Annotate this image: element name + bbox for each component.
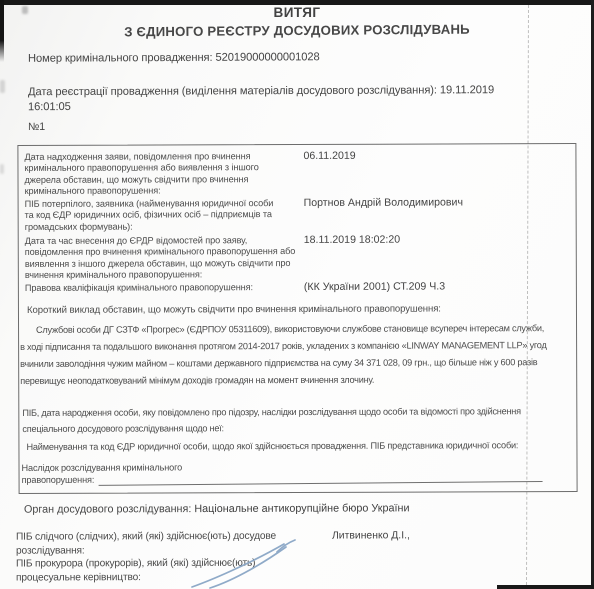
- case-number-value: 52019000000001028: [215, 51, 319, 64]
- scanned-extract-document: ВИТЯГ З ЄДИНОГО РЕЄСТРУ ДОСУДОВИХ РОЗСЛІ…: [0, 0, 594, 589]
- case-number-line: Номер кримінального провадження: 5201900…: [28, 51, 320, 65]
- row-value: Портнов Андрій Володимирович: [304, 198, 463, 210]
- scan-artifact: [0, 164, 4, 174]
- row-value: 06.11.2019: [303, 151, 355, 163]
- scan-artifact: [0, 80, 5, 93]
- prosecutor-row: ПІБ прокурора (прокурорів), який (які) з…: [16, 556, 324, 584]
- row-value: (КК України 2001) СТ.209 Ч.3: [304, 282, 445, 294]
- row-label: ПІБ потерпілого, заявника (найменування …: [25, 198, 304, 233]
- table-row-incident-date: Дата надходження заяви, повідомлення про…: [24, 150, 569, 197]
- table-row-entry-datetime: Дата та час внесення до ЄРДР відомостей …: [25, 234, 570, 281]
- document-title: ВИТЯГ: [0, 5, 594, 20]
- row-label: Правова кваліфікація кримінального право…: [25, 282, 304, 294]
- investigator-value: Литвиненко Д.І.,: [332, 529, 410, 542]
- outcome-label-line2: правопорушення:: [22, 474, 95, 487]
- case-number-label: Номер кримінального провадження:: [28, 52, 213, 65]
- row-value: 18.11.2019 18:02:20: [304, 235, 400, 247]
- summary-paragraph: Службові особи ДГ СЗТФ «Прогрес» (ЄДРПОУ…: [20, 320, 575, 390]
- authority-value: Національне антикорупційне бюро України: [194, 502, 409, 515]
- outcome-row: Наслідок розслідування кримінального пра…: [21, 460, 570, 487]
- investigator-row: ПІБ слідчого (слідчих), який (які) здійс…: [16, 529, 410, 557]
- record-number: №1: [28, 121, 45, 133]
- details-table: Дата надходження заяви, повідомлення про…: [17, 143, 577, 494]
- investigation-authority-line: Орган досудового розслідування: Націонал…: [24, 502, 410, 515]
- authority-label: Орган досудового розслідування:: [24, 503, 191, 516]
- table-row-victim: ПІБ потерпілого, заявника (найменування …: [25, 197, 570, 233]
- table-row-legal-qualification: Правова кваліфікація кримінального право…: [25, 281, 570, 294]
- scan-edge-bottom: [497, 585, 594, 589]
- summary-heading: Короткий виклад обставин, що можуть свід…: [25, 303, 570, 316]
- legal-entity-heading: Найменування та код ЄДР юридичної особи,…: [26, 440, 575, 452]
- prosecutor-label: ПІБ прокурора (прокурорів), який (які) з…: [16, 556, 324, 584]
- suspect-heading: ПІБ, дата народження особи, яку повідомл…: [22, 403, 575, 438]
- row-label: Дата та час внесення до ЄРДР відомостей …: [25, 235, 304, 281]
- document-subtitle: З ЄДИНОГО РЕЄСТРУ ДОСУДОВИХ РОЗСЛІДУВАНЬ: [0, 21, 594, 41]
- empty-value-line: [98, 481, 542, 486]
- registration-date-line: Дата реєстрації провадження (виділення м…: [28, 83, 576, 114]
- row-label: Дата надходження заяви, повідомлення про…: [24, 151, 303, 197]
- investigator-label: ПІБ слідчого (слідчих), який (які) здійс…: [16, 530, 324, 558]
